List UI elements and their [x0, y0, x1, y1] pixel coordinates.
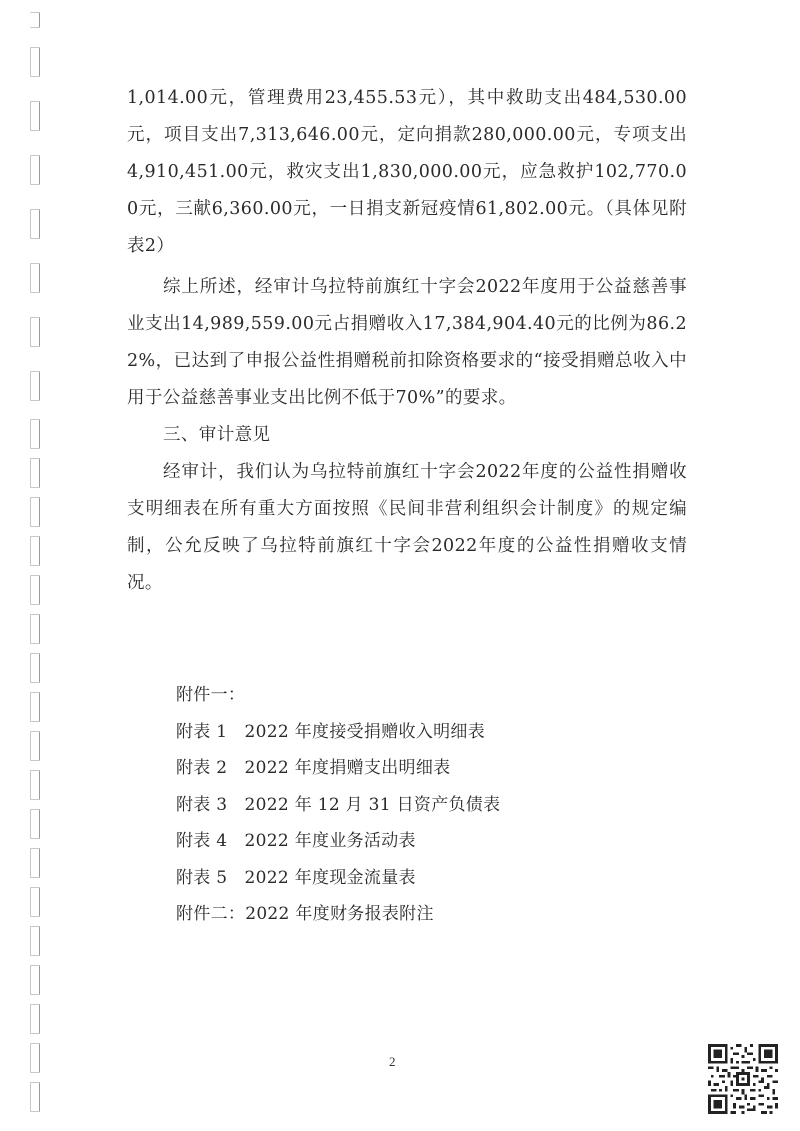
- attachments-list: 附件一： 附表 1 2022 年度接受捐赠收入明细表 附表 2 2022 年度捐…: [176, 677, 576, 933]
- attachment-label: 附表 4: [176, 831, 227, 851]
- binding-hole: [30, 209, 40, 239]
- attachment-title: 2022 年度接受捐赠收入明细表: [245, 722, 485, 742]
- binding-hole: [30, 536, 40, 566]
- binding-hole: [30, 731, 40, 761]
- binding-hole: [30, 770, 40, 800]
- binding-hole: [30, 155, 40, 185]
- binding-hole: [30, 12, 40, 28]
- binding-hole: [30, 419, 40, 449]
- binding-hole: [30, 692, 40, 722]
- section-heading-audit-opinion: 三、审计意见: [127, 417, 687, 454]
- paragraph-expense-details: 1,014.00元，管理费用23,455.53元），其中救助支出484,530.…: [127, 80, 687, 265]
- binding-hole: [30, 317, 40, 347]
- binding-hole: [30, 926, 40, 956]
- page-number: 2: [389, 1054, 396, 1070]
- attachment-item: 附表 1 2022 年度接受捐赠收入明细表: [176, 714, 576, 751]
- attachment-group1-title: 附件一：: [176, 677, 576, 714]
- binding-hole: [30, 848, 40, 878]
- document-body: 1,014.00元，管理费用23,455.53元），其中救助支出484,530.…: [127, 80, 687, 602]
- attachment-label: 附表 2: [176, 758, 227, 778]
- binding-hole: [30, 1004, 40, 1034]
- attachment-title: 2022 年度捐赠支出明细表: [245, 758, 451, 778]
- binding-hole: [30, 458, 40, 488]
- attachment-label: 附表 3: [176, 795, 227, 815]
- attachment-item: 附表 3 2022 年 12 月 31 日资产负债表: [176, 787, 576, 824]
- attachment-item: 附表 5 2022 年度现金流量表: [176, 860, 576, 897]
- binding-hole: [30, 887, 40, 917]
- paragraph-audit-opinion: 经审计，我们认为乌拉特前旗红十字会2022年度的公益性捐赠收支明细表在所有重大方…: [127, 454, 687, 602]
- attachment-item: 附表 4 2022 年度业务活动表: [176, 823, 576, 860]
- binding-hole: [30, 965, 40, 995]
- binding-hole: [30, 371, 40, 401]
- attachment-group2: 附件二：2022 年度财务报表附注: [176, 896, 576, 933]
- binding-hole: [30, 614, 40, 644]
- binding-holes: [28, 0, 48, 1131]
- binding-hole: [30, 263, 40, 293]
- paragraph-summary: 综上所述，经审计乌拉特前旗红十字会2022年度用于公益慈善事业支出14,989,…: [127, 269, 687, 417]
- attachment-label: 附表 1: [176, 722, 227, 742]
- binding-hole: [30, 809, 40, 839]
- binding-hole: [30, 47, 40, 77]
- binding-hole: [30, 1043, 40, 1073]
- attachment-title: 2022 年度业务活动表: [245, 831, 416, 851]
- binding-hole: [30, 575, 40, 605]
- attachment-label: 附表 5: [176, 868, 227, 888]
- binding-hole: [30, 497, 40, 527]
- attachment-title: 2022 年 12 月 31 日资产负债表: [245, 795, 501, 815]
- binding-hole: [30, 1082, 40, 1112]
- attachment-title: 2022 年度现金流量表: [245, 868, 416, 888]
- binding-hole: [30, 653, 40, 683]
- binding-hole: [30, 101, 40, 131]
- attachment-item: 附表 2 2022 年度捐赠支出明细表: [176, 750, 576, 787]
- qr-code-icon: [708, 1044, 778, 1114]
